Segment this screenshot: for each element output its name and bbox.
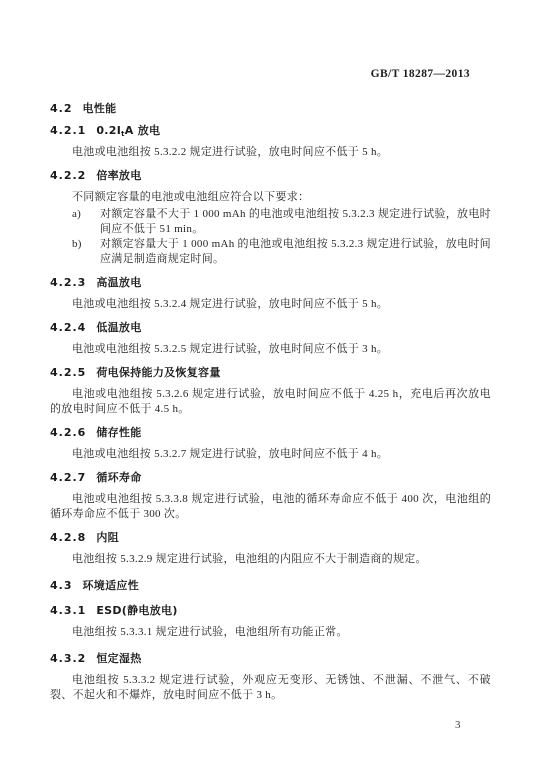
section-number: 4.2.8: [50, 531, 86, 544]
page-number: 3: [455, 719, 461, 731]
section-title: 内阻: [96, 531, 119, 544]
page-footer: 3: [455, 715, 461, 733]
section-heading-4-2-1: 4.2.10.2ItA 放电: [50, 124, 491, 137]
section-heading-4-2-3: 4.2.3高温放电: [50, 276, 491, 289]
section-title: 电性能: [83, 102, 117, 115]
section-body-4-2-3: 电池或电池组按 5.3.2.4 规定进行试验，放电时间应不低于 5 h。: [50, 297, 491, 312]
requirement-list: a) 对额定容量不大于 1 000 mAh 的电池或电池组按 5.3.2.3 规…: [50, 207, 491, 267]
section-title: 环境适应性: [83, 579, 140, 592]
section-body-4-3-1: 电池组按 5.3.3.1 规定进行试验，电池组所有功能正常。: [50, 625, 491, 640]
section-number: 4.2: [50, 102, 73, 115]
section-title: 荷电保持能力及恢复容量: [96, 366, 220, 379]
list-item-marker: a): [72, 207, 100, 222]
section-heading-4-2: 4.2电性能: [50, 102, 491, 115]
section-title: 0.2ItA 放电: [96, 124, 160, 137]
document-content: 4.2电性能 4.2.10.2ItA 放电 电池或电池组按 5.3.2.2 规定…: [50, 90, 491, 703]
section-body-4-2-5: 电池或电池组按 5.3.2.6 规定进行试验，放电时间应不低于 4.25 h，充…: [50, 387, 491, 417]
section-body-4-2-7: 电池或电池组按 5.3.3.8 规定进行试验，电池的循环寿命应不低于 400 次…: [50, 492, 491, 522]
section-heading-4-3-2: 4.3.2恒定湿热: [50, 652, 491, 665]
section-number: 4.2.7: [50, 471, 86, 484]
section-heading-4-2-4: 4.2.4低温放电: [50, 321, 491, 334]
list-item-a: a) 对额定容量不大于 1 000 mAh 的电池或电池组按 5.3.2.3 规…: [72, 207, 491, 237]
section-title: 循环寿命: [96, 471, 141, 484]
section-number: 4.2.3: [50, 276, 86, 289]
section-body-4-2-6: 电池或电池组按 5.3.2.7 规定进行试验，放电时间应不低于 4 h。: [50, 447, 491, 462]
section-body-4-2-4: 电池或电池组按 5.3.2.5 规定进行试验，放电时间应不低于 3 h。: [50, 342, 491, 357]
section-number: 4.2.5: [50, 366, 86, 379]
section-title: 恒定湿热: [96, 652, 141, 665]
section-number: 4.3.2: [50, 652, 86, 665]
standard-number: GB/T 18287—2013: [371, 68, 470, 80]
section-number: 4.3: [50, 579, 73, 592]
list-item-text: 对额定容量大于 1 000 mAh 的电池或电池组按 5.3.2.3 规定进行试…: [100, 237, 491, 267]
section-number: 4.2.1: [50, 124, 86, 137]
section-body-4-2-1: 电池或电池组按 5.3.2.2 规定进行试验，放电时间应不低于 5 h。: [50, 145, 491, 160]
section-heading-4-2-8: 4.2.8内阻: [50, 531, 491, 544]
page-header: GB/T 18287—2013: [0, 64, 470, 82]
section-number: 4.2.2: [50, 169, 86, 182]
list-item-marker: b): [72, 237, 100, 252]
section-title: 低温放电: [96, 321, 141, 334]
section-title: 储存性能: [96, 426, 141, 439]
section-body-4-3-2: 电池组按 5.3.3.2 规定进行试验，外观应无变形、无锈蚀、不泄漏、不泄气、不…: [50, 673, 491, 703]
section-body-4-2-2: 不同额定容量的电池或电池组应符合以下要求：: [50, 190, 491, 205]
document-page: GB/T 18287—2013 4.2电性能 4.2.10.2ItA 放电 电池…: [0, 0, 539, 768]
section-heading-4-3: 4.3环境适应性: [50, 579, 491, 592]
section-heading-4-2-5: 4.2.5荷电保持能力及恢复容量: [50, 366, 491, 379]
list-item-b: b) 对额定容量大于 1 000 mAh 的电池或电池组按 5.3.2.3 规定…: [72, 237, 491, 267]
section-number: 4.3.1: [50, 604, 86, 617]
section-number: 4.2.6: [50, 426, 86, 439]
section-title: 高温放电: [96, 276, 141, 289]
section-heading-4-2-2: 4.2.2倍率放电: [50, 169, 491, 182]
section-heading-4-2-7: 4.2.7循环寿命: [50, 471, 491, 484]
title-rest: A 放电: [125, 124, 161, 137]
section-heading-4-3-1: 4.3.1ESD(静电放电): [50, 604, 491, 617]
list-item-text: 对额定容量不大于 1 000 mAh 的电池或电池组按 5.3.2.3 规定进行…: [100, 207, 491, 237]
section-number: 4.2.4: [50, 321, 86, 334]
section-title: 倍率放电: [96, 169, 141, 182]
section-heading-4-2-6: 4.2.6储存性能: [50, 426, 491, 439]
section-title: ESD(静电放电): [96, 604, 177, 617]
section-body-4-2-8: 电池组按 5.3.2.9 规定进行试验，电池组的内阻应不大于制造商的规定。: [50, 552, 491, 567]
title-base: 0.2I: [96, 124, 121, 137]
